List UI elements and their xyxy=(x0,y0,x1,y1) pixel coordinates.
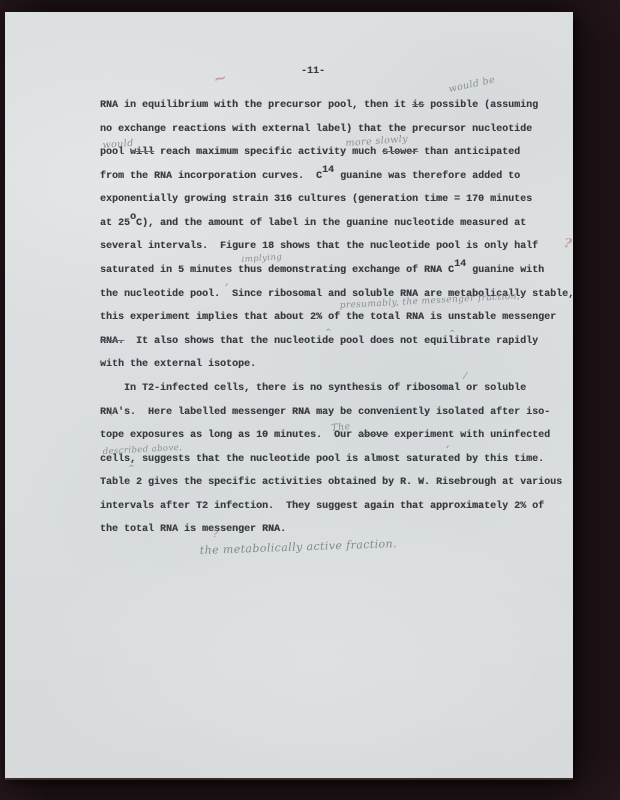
superscript: o xyxy=(130,212,136,223)
typed-text: RNA's. Here labelled messenger RNA may b… xyxy=(100,407,550,418)
struck-word: slower xyxy=(382,147,418,158)
pencil-slash-above-or: ∕ xyxy=(463,371,468,381)
typed-line: Table 2 gives the specific activities ob… xyxy=(100,477,562,488)
typed-text: cells, suggests that the nucleotide pool… xyxy=(100,454,544,465)
typed-text: from the RNA incorporation curves. C xyxy=(100,171,322,182)
typed-text: possible (assuming xyxy=(424,100,538,111)
typed-text: It also shows that the nucleotide pool d… xyxy=(124,336,538,347)
typed-text: guanine with xyxy=(466,265,544,276)
typed-text: the total RNA is messenger RNA. xyxy=(100,524,286,535)
typed-line: this experiment implies that about 2% of… xyxy=(100,312,556,323)
typed-text: tope exposures as long as 10 minutes. Ou… xyxy=(100,430,358,441)
struck-word: above xyxy=(358,430,388,441)
typed-text: experiment with uninfected xyxy=(388,430,550,441)
typed-line: from the RNA incorporation curves. C14 g… xyxy=(100,171,520,182)
pencil-slash-apostrophe: ∕ xyxy=(111,407,116,418)
typed-text: with the external isotope. xyxy=(100,359,256,370)
handwritten-metabolically-active-fraction: the metabolically active fraction. xyxy=(200,537,398,557)
document-page: -11- RNA in equilibrium with the precurs… xyxy=(5,12,573,778)
typed-line: RNA in equilibrium with the precursor po… xyxy=(100,100,538,111)
caret-mark: ^ xyxy=(128,464,135,473)
typed-line: saturated in 5 minutes thus demonstratin… xyxy=(100,265,544,276)
typed-line: several intervals. Figure 18 shows that … xyxy=(100,241,538,252)
red-pencil-question-mark: ? xyxy=(563,236,573,252)
typed-line: pool will reach maximum specific activit… xyxy=(100,147,520,158)
typed-line: tope exposures as long as 10 minutes. Ou… xyxy=(100,430,550,441)
typed-text: than anticipated xyxy=(418,147,520,158)
caret-mark: ^ xyxy=(325,328,332,337)
handwritten-comma-after-experiment: , xyxy=(446,437,450,450)
typed-text: several intervals. Figure 18 shows that … xyxy=(100,241,538,252)
handwritten-implying: implying xyxy=(241,252,282,265)
struck-word: is xyxy=(412,100,424,111)
superscript: 14 xyxy=(322,165,334,176)
handwritten-would: would xyxy=(102,138,134,151)
typed-text: exponentially growing strain 316 culture… xyxy=(100,194,532,205)
typed-text: C), and the amount of label in the guani… xyxy=(136,218,526,229)
typed-line: at 25oC), and the amount of label in the… xyxy=(100,218,526,229)
typed-text: this experiment implies that about 2% of… xyxy=(100,312,556,323)
page-number: -11- xyxy=(301,66,325,77)
caret-mark: ^ xyxy=(449,329,456,338)
typed-line: RNA's. Here labelled messenger RNA may b… xyxy=(100,407,550,418)
handwritten-comma-after-minutes: , xyxy=(225,275,229,288)
typed-line: exponentially growing strain 316 culture… xyxy=(100,194,532,205)
typed-text: intervals after T2 infection. They sugge… xyxy=(100,501,544,512)
red-pencil-dash: ~ xyxy=(211,67,229,89)
typed-text: guanine was therefore added to xyxy=(334,171,520,182)
typed-text: Table 2 gives the specific activities ob… xyxy=(100,477,562,488)
typed-line: intervals after T2 infection. They sugge… xyxy=(100,501,544,512)
typed-text: at 25 xyxy=(100,218,130,229)
typed-text: saturated in 5 minutes thus demonstratin… xyxy=(100,265,454,276)
typed-line: RNA. It also shows that the nucleotide p… xyxy=(100,336,538,347)
superscript: 14 xyxy=(454,259,466,270)
handwritten-would-be: would be xyxy=(448,74,496,95)
handwritten-the: The xyxy=(331,421,351,434)
typed-line: no exchange reactions with external labe… xyxy=(100,124,532,135)
photo-background: { "colors": { "paper": "#dcdfe0", "typew… xyxy=(0,0,620,800)
typed-line: In T2-infected cells, there is no synthe… xyxy=(100,383,526,394)
typed-line: the total RNA is messenger RNA. xyxy=(100,524,286,535)
typed-line: cells, suggests that the nucleotide pool… xyxy=(100,454,544,465)
handwritten-question-mark: ? xyxy=(213,530,218,540)
struck-word: RNA. xyxy=(100,336,124,347)
typed-line: with the external isotope. xyxy=(100,359,256,370)
typed-text: In T2-infected cells, there is no synthe… xyxy=(100,383,526,394)
typed-text: RNA in equilibrium with the precursor po… xyxy=(100,100,412,111)
typed-text: no exchange reactions with external labe… xyxy=(100,124,532,135)
